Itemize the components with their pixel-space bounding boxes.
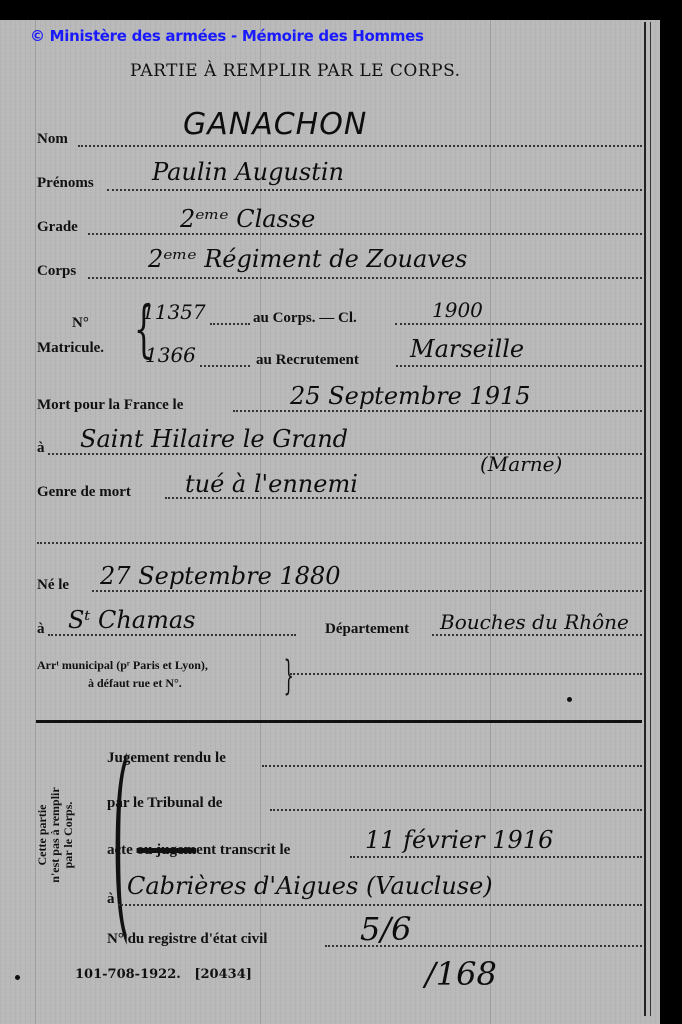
lieu-deces-label: à: [37, 440, 45, 457]
arr-municipal-brace: }: [284, 656, 294, 696]
classe-line: [395, 323, 642, 325]
naissance-label: Né le: [37, 577, 69, 594]
prenoms-value: Paulin Augustin: [152, 158, 344, 186]
print-code: 101-708-1922.: [75, 967, 181, 982]
print-footer: 101-708-1922. [20434]: [75, 967, 252, 982]
corps-label: Corps: [37, 263, 76, 280]
no-label: N°: [72, 315, 89, 332]
lieu-naissance-value: Sᵗ Chamas: [68, 606, 196, 634]
genre-mort-line-2: [37, 542, 642, 544]
transcription-lieu-label: à: [107, 891, 115, 908]
matricule-corps-value: 11357: [142, 300, 206, 324]
card-border-right-inner: [650, 22, 651, 1016]
recrutement-line: [396, 365, 642, 367]
acte-prefix: acte: [107, 842, 133, 858]
form-title: PARTIE À REMPLIR PAR LE CORPS.: [130, 61, 461, 81]
departement-value: Bouches du Rhône: [440, 610, 629, 634]
corps-value: 2ᵉᵐᵉ Régiment de Zouaves: [148, 245, 467, 273]
acte-struck-text: ou jugem: [137, 842, 197, 858]
ink-spot-left: [15, 975, 20, 980]
registre-value-2: /168: [425, 955, 497, 993]
side-note-line-3: par le Corps.: [62, 740, 75, 930]
copyright-watermark: © Ministère des armées - Mémoire des Hom…: [30, 27, 424, 45]
tribunal-line: [270, 809, 642, 811]
genre-mort-value: tué à l'ennemi: [185, 470, 358, 498]
grade-value: 2ᵉᵐᵉ Classe: [180, 205, 315, 233]
transcription-lieu-line: [118, 904, 642, 906]
lieu-naissance-label: à: [37, 621, 45, 638]
lieu-deces-value: Saint Hilaire le Grand: [80, 425, 348, 453]
prenoms-label: Prénoms: [37, 175, 94, 192]
arr-municipal-label-2: à défaut rue et N°.: [88, 676, 182, 691]
matricule-recrutement-value: 1366: [145, 343, 196, 367]
registre-label: N° du registre d'état civil: [107, 931, 267, 948]
side-note: Cette partie n'est pas à remplir par le …: [36, 740, 75, 930]
naissance-line: [92, 590, 642, 592]
matricule-recrutement-line: [200, 365, 250, 367]
acte-label: acte ou jugement transcrit le: [107, 842, 290, 859]
transcription-lieu-value: Cabrières d'Aigues (Vaucluse): [127, 872, 493, 900]
lieu-deces-dept-value: (Marne): [480, 452, 562, 476]
arr-municipal-label-1: Arrᵗ municipal (pʳ Paris et Lyon),: [37, 658, 208, 673]
classe-value: 1900: [432, 298, 483, 322]
jugement-line: [262, 765, 642, 767]
departement-label: Département: [325, 621, 409, 638]
nom-label: Nom: [37, 131, 68, 148]
au-recrutement-label: au Recrutement: [256, 352, 359, 369]
au-corps-label: au Corps. — Cl.: [253, 310, 357, 327]
lieu-naissance-line: [48, 634, 296, 636]
acte-suffix: ent transcrit le: [196, 842, 290, 858]
corps-line: [88, 277, 642, 279]
jugement-label: Jugement rendu le: [107, 750, 226, 767]
arr-municipal-line: [290, 673, 642, 675]
prenoms-line: [107, 189, 642, 191]
date-naissance-value: 27 Septembre 1880: [100, 562, 341, 590]
date-deces-value: 25 Septembre 1915: [290, 382, 531, 410]
transcription-date-line: [350, 856, 642, 858]
tribunal-label: par le Tribunal de: [107, 795, 222, 812]
registre-value: 5/6: [360, 910, 412, 948]
matricule-corps-line: [210, 323, 250, 325]
recrutement-value: Marseille: [410, 335, 524, 363]
print-ref: [20434]: [194, 967, 252, 982]
departement-line: [432, 634, 642, 636]
card-border-right: [644, 22, 646, 1016]
grade-label: Grade: [37, 219, 78, 236]
genre-mort-label: Genre de mort: [37, 484, 131, 501]
grade-line: [88, 233, 642, 235]
ink-spot: [567, 697, 572, 702]
transcription-date-value: 11 février 1916: [365, 826, 553, 854]
nom-value: GANACHON: [183, 107, 367, 142]
nom-line: [78, 145, 642, 147]
mort-line: [233, 410, 642, 412]
mort-label: Mort pour la France le: [37, 397, 183, 414]
matricule-label: Matricule.: [37, 340, 104, 357]
